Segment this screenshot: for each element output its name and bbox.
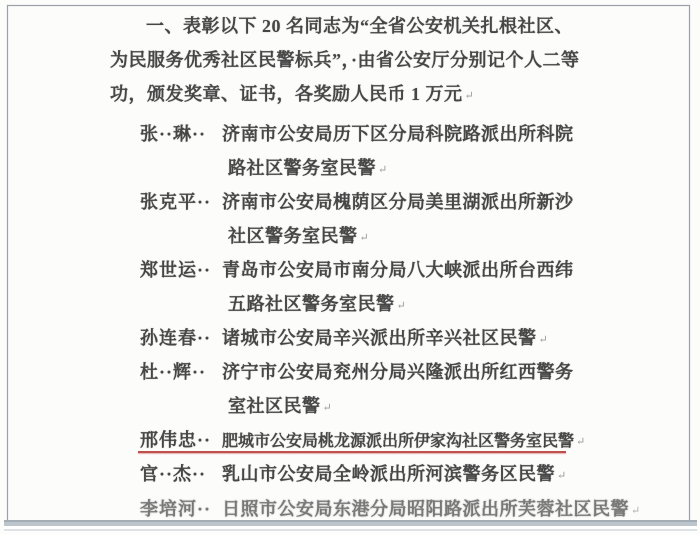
entry-row-wrap: 室社区民警↵ <box>228 395 332 419</box>
entry-name: 孙连春·· <box>140 327 222 349</box>
paragraph-line-1: 一、表彰以下 20 名同志为“全省公安机关扎根社区、 <box>146 15 573 37</box>
entry-desc: 日照市公安局东港分局昭阳路派出所芙蓉社区民警 <box>222 499 629 519</box>
paragraph-return-mark: ↵ <box>360 232 370 244</box>
paragraph-text: 一、表彰以下 20 名同志为“全省公安机关扎根社区、 <box>146 16 573 36</box>
entry-desc: 济南市公安局历下区分局科院路派出所科院 <box>222 124 574 144</box>
entry-desc: 路社区警务室民警 <box>228 158 376 178</box>
entry-desc: 五路社区警务室民警 <box>228 294 395 314</box>
paragraph-return-mark: ↵ <box>323 402 333 414</box>
red-underline <box>138 451 566 453</box>
entry-row-highlighted: 邢伟忠··肥城市公安局桃龙源派出所伊家沟社区警务室民警↵ <box>140 429 586 453</box>
entry-row: 官··杰··乳山市公安局全岭派出所河滨警务区民警↵ <box>140 463 567 487</box>
scanned-document-page: 一、表彰以下 20 名同志为“全省公安机关扎根社区、 为民服务优秀社区民警标兵”… <box>0 0 700 534</box>
entry-row-wrap: 社区警务室民警↵ <box>228 225 369 249</box>
page-border-right <box>689 5 690 521</box>
paragraph-return-mark: ↵ <box>378 164 388 176</box>
entry-desc: 肥城市公安局桃龙源派出所伊家沟社区警务室民警 <box>222 433 574 450</box>
paragraph-text: 为民服务优秀社区民警标兵”，·由省公安厅分别记个人二等 <box>110 50 580 70</box>
entry-row: 李培河··日照市公安局东港分局昭阳路派出所芙蓉社区民警↵ <box>140 498 641 522</box>
entry-name: 张克平·· <box>140 191 222 213</box>
entry-desc: 济南市公安局槐荫区分局美里湖派出所新沙 <box>222 192 574 212</box>
paragraph-return-mark: ↵ <box>397 300 407 312</box>
entry-row: 张··琳··济南市公安局历下区分局科院路派出所科院 <box>140 123 574 145</box>
page-border-left <box>7 5 8 521</box>
paragraph-return-mark: ↵ <box>576 436 586 448</box>
entry-desc: 乳山市公安局全岭派出所河滨警务区民警 <box>222 464 555 484</box>
page-border-top <box>7 5 690 6</box>
paragraph-return-mark: ↵ <box>631 505 641 517</box>
entry-name: 杜··辉·· <box>140 361 222 383</box>
entry-desc: 青岛市公安局市南分局八大峡派出所台西纬 <box>222 260 574 280</box>
entry-desc: 诸城市公安局辛兴派出所辛兴社区民警 <box>222 328 537 348</box>
entry-desc: 社区警务室民警 <box>228 226 358 246</box>
entry-name: 官··杰·· <box>140 463 222 485</box>
entry-name: 张··琳·· <box>140 123 222 145</box>
paragraph-line-2: 为民服务优秀社区民警标兵”，·由省公安厅分别记个人二等 <box>110 49 580 71</box>
entry-name: 李培河·· <box>140 498 222 520</box>
entry-desc: 济宁市公安局兖州分局兴隆派出所红西警务 <box>222 362 574 382</box>
paragraph-text: 功，颁发奖章、证书，各奖励人民币 1 万元 <box>110 84 463 104</box>
entry-row-wrap: 五路社区警务室民警↵ <box>228 293 406 317</box>
entry-row-wrap: 路社区警务室民警↵ <box>228 157 388 181</box>
entry-row: 杜··辉··济宁市公安局兖州分局兴隆派出所红西警务 <box>140 361 574 383</box>
paragraph-return-mark: ↵ <box>557 470 567 482</box>
paragraph-return-mark: ↵ <box>539 334 549 346</box>
entry-row: 张克平··济南市公安局槐荫区分局美里湖派出所新沙 <box>140 191 574 213</box>
entry-row: 郑世运··青岛市公安局市南分局八大峡派出所台西纬 <box>140 259 574 281</box>
entry-row: 孙连春··诸城市公安局辛兴派出所辛兴社区民警↵ <box>140 327 548 351</box>
entry-desc: 室社区民警 <box>228 396 321 416</box>
bottom-edge-band <box>4 520 697 532</box>
paragraph-return-mark: ↵ <box>465 90 475 102</box>
paragraph-line-3: 功，颁发奖章、证书，各奖励人民币 1 万元↵ <box>110 83 474 107</box>
entry-name: 邢伟忠·· <box>140 429 222 451</box>
entry-name: 郑世运·· <box>140 259 222 281</box>
